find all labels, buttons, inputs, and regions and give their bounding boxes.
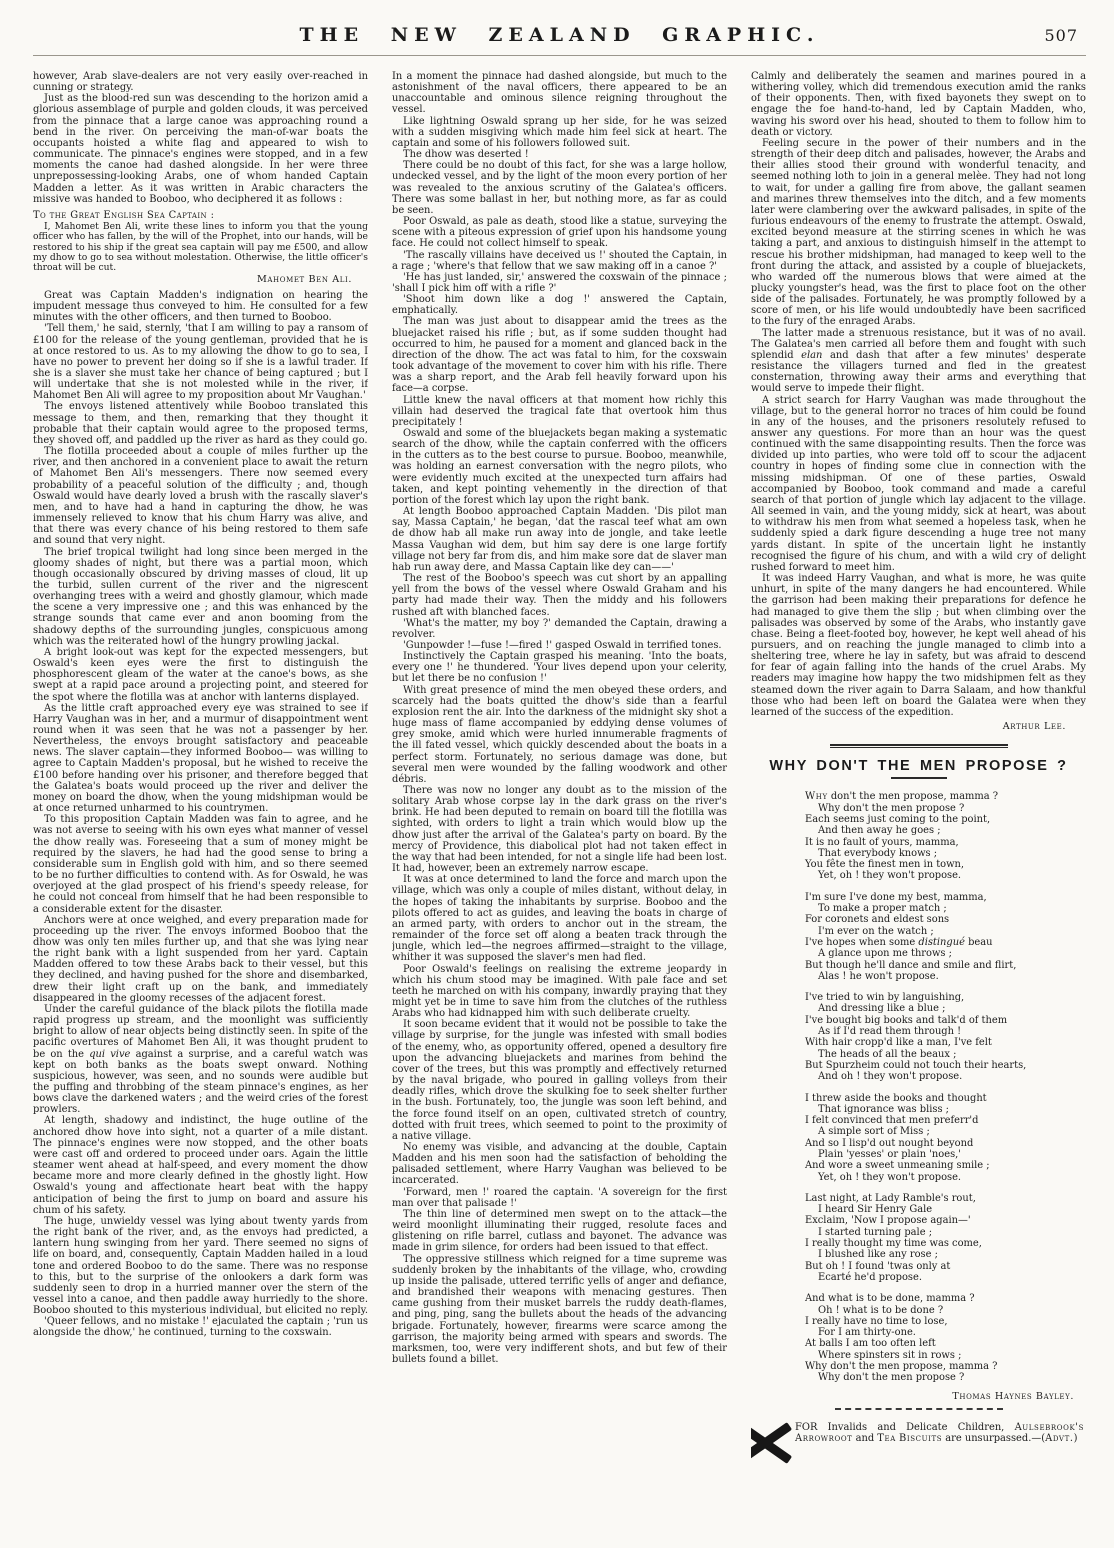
poem-line: Alas ! he won't propose. (805, 971, 1086, 982)
paragraph: I, Mahomet Ben Ali, write these lines to… (33, 222, 368, 274)
paragraph: The oppressive stillness which reigned f… (392, 1254, 727, 1366)
poem-line: As if I'd read them through ! (805, 1026, 1086, 1037)
column-1: however, Arab slave-dealers are not very… (33, 71, 368, 1531)
poem-line: I started turning pale ; (805, 1227, 1086, 1238)
poem-line: For coronets and eldest sons (805, 914, 1086, 925)
paragraph: Calmly and deliberately the seamen and m… (751, 71, 1086, 138)
poem-stanza: I'm sure I've done my best, mamma,To mak… (805, 892, 1086, 982)
poem-line: I blushed like any rose ; (805, 1249, 1086, 1260)
poem-line: That everybody knows ; (805, 848, 1086, 859)
paragraph: It was at once determined to land the fo… (392, 874, 727, 963)
poem-line: I've tried to win by languishing, (805, 992, 1086, 1003)
poem-line: That ignorance was bliss ; (805, 1104, 1086, 1115)
advert: FOR Invalids and Delicate Children, Auls… (751, 1420, 1086, 1466)
paragraph: At length Booboo approached Captain Madd… (392, 506, 727, 573)
paragraph: Instinctively the Captain grasped his me… (392, 651, 727, 684)
paragraph: Like lightning Oswald sprang up her side… (392, 116, 727, 149)
poem-stanza: Why don't the men propose, mamma ?Why do… (805, 791, 1086, 881)
paragraph: No enemy was visible, and advancing at t… (392, 1142, 727, 1187)
paragraph: A strict search for Harry Vaughan was ma… (751, 395, 1086, 574)
poem-line: At balls I am too often left (805, 1338, 1086, 1349)
poem-line: And dressing like a blue ; (805, 1003, 1086, 1014)
poem-line: But though he'll dance and smile and fli… (805, 960, 1086, 971)
paragraph: The man was just about to disappear amid… (392, 316, 727, 394)
poem-line: And wore a sweet unmeaning smile ; (805, 1160, 1086, 1171)
poem-line: I heard Sir Henry Gale (805, 1204, 1086, 1215)
cross-ornament-icon (751, 1420, 787, 1466)
poem-line: Why don't the men propose, mamma ? (805, 1361, 1086, 1372)
column-2: In a moment the pinnace had dashed along… (392, 71, 727, 1531)
publication-title: THE NEW ZEALAND GRAPHIC. (300, 24, 820, 46)
poem-line: I felt convinced that men preferr'd (805, 1115, 1086, 1126)
poem-line: I'm ever on the watch ; (805, 926, 1086, 937)
paragraph: Under the careful guidance of the black … (33, 1004, 368, 1116)
section-divider-rule (830, 744, 1008, 748)
poem-line: It is no fault of yours, mamma, (805, 837, 1086, 848)
poem-line: And so I lisp'd out nought beyond (805, 1138, 1086, 1149)
paragraph: It soon became evident that it would not… (392, 1019, 727, 1142)
paragraph: The rest of the Booboo's speech was cut … (392, 573, 727, 618)
paragraph: 'Queer fellows, and no mistake !' ejacul… (33, 1316, 368, 1338)
paragraph: Just as the blood-red sun was descending… (33, 93, 368, 205)
poem-line: I threw aside the books and thought (805, 1093, 1086, 1104)
paragraph: The brief tropical twilight had long sin… (33, 547, 368, 647)
paragraph: Oswald and some of the bluejackets began… (392, 428, 727, 506)
paragraph: With great presence of mind the men obey… (392, 685, 727, 785)
paragraph: To this proposition Captain Madden was f… (33, 814, 368, 914)
story-author-name: Arthur Lee. (1003, 721, 1066, 732)
poem-line: Why don't the men propose ? (805, 1372, 1086, 1383)
paragraph: 'Gunpowder !—fuse !—fired !' gasped Oswa… (392, 640, 727, 651)
story-continuation: Calmly and deliberately the seamen and m… (751, 71, 1086, 718)
paragraph: The thin line of determined men swept on… (392, 1209, 727, 1254)
poem-line: With hair cropp'd like a man, I've felt (805, 1037, 1086, 1048)
poem-line: I really thought my time was come, (805, 1238, 1086, 1249)
poem-line: I really have no time to lose, (805, 1316, 1086, 1327)
poem-line: Exclaim, 'Now I propose again—' (805, 1215, 1086, 1226)
letter-heading: To the Great English Sea Captain : (33, 210, 368, 221)
signature: Mahomet Ben Ali. (33, 274, 368, 285)
poem-line: But oh ! I found 'twas only at (805, 1261, 1086, 1272)
column-3: Calmly and deliberately the seamen and m… (751, 71, 1086, 1531)
text-columns: however, Arab slave-dealers are not very… (33, 71, 1086, 1531)
poem-line: I'm sure I've done my best, mamma, (805, 892, 1086, 903)
poem-author-signature: Thomas Haynes Bayley. (751, 1391, 1086, 1402)
paragraph: 'The rascally villains have deceived us … (392, 250, 727, 272)
paragraph: 'Shoot him down like a dog !' answered t… (392, 294, 727, 316)
poem-line: I've bought big books and talk'd of them (805, 1015, 1086, 1026)
poem-stanza: I've tried to win by languishing,And dre… (805, 992, 1086, 1082)
paragraph: The latter made a strenuous resistance, … (751, 328, 1086, 395)
paragraph: 'Tell them,' he said, sternly, 'that I a… (33, 323, 368, 401)
paragraph: however, Arab slave-dealers are not very… (33, 71, 368, 93)
paragraph: The dhow was deserted ! (392, 149, 727, 160)
poem-line: And then away he goes ; (805, 825, 1086, 836)
paragraph: In a moment the pinnace had dashed along… (392, 71, 727, 116)
paragraph: Feeling secure in the power of their num… (751, 138, 1086, 328)
poem-line: And oh ! they won't propose. (805, 1071, 1086, 1082)
poem-line: Plain 'yesses' or plain 'noes,' (805, 1149, 1086, 1160)
paragraph: There was now no longer any doubt as to … (392, 785, 727, 874)
story-author-signature: Arthur Lee. (751, 721, 1086, 732)
poem-line: Last night, at Lady Ramble's rout, (805, 1193, 1086, 1204)
poem-line: Oh ! what is to be done ? (805, 1305, 1086, 1316)
poem-line: The heads of all the beaux ; (805, 1049, 1086, 1060)
poem-line: Why don't the men propose, mamma ? (805, 791, 1086, 802)
paragraph: It was indeed Harry Vaughan, and what is… (751, 573, 1086, 718)
poem-title: WHY DON'T THE MEN PROPOSE ? (751, 761, 1086, 772)
poem-line: I've hopes when some distingué beau (805, 937, 1086, 948)
poem-stanza: I threw aside the books and thoughtThat … (805, 1093, 1086, 1183)
poem-line: For I am thirty-one. (805, 1327, 1086, 1338)
masthead: THE NEW ZEALAND GRAPHIC. 507 (33, 0, 1086, 56)
page-number: 507 (1044, 26, 1078, 45)
paragraph: The huge, unwieldy vessel was lying abou… (33, 1216, 368, 1316)
newspaper-page: THE NEW ZEALAND GRAPHIC. 507 however, Ar… (0, 0, 1114, 1548)
poem-line: Why don't the men propose ? (805, 803, 1086, 814)
poem-line: A simple sort of Miss ; (805, 1126, 1086, 1137)
poem-line: Ecarté he'd propose. (805, 1272, 1086, 1283)
paragraph: At length, shadowy and indistinct, the h… (33, 1115, 368, 1215)
advert-divider-rule (835, 1408, 1003, 1410)
poem-stanza: And what is to be done, mamma ?Oh ! what… (805, 1293, 1086, 1383)
paragraph: Poor Oswald, as pale as death, stood lik… (392, 216, 727, 249)
advert-text: FOR Invalids and Delicate Children, Auls… (795, 1420, 1084, 1445)
poem-line: You fête the finest men in town, (805, 859, 1086, 870)
paragraph: 'Forward, men !' roared the captain. 'A … (392, 1187, 727, 1209)
paragraph: Great was Captain Madden's indignation o… (33, 290, 368, 323)
paragraph: Anchors were at once weighed, and every … (33, 915, 368, 1004)
poem-body: Why don't the men propose, mamma ?Why do… (751, 791, 1086, 1383)
paragraph: Little knew the naval officers at that m… (392, 395, 727, 428)
poem-line: Each seems just coming to the point, (805, 814, 1086, 825)
paragraph: The envoys listened attentively while Bo… (33, 401, 368, 446)
poem-line: Where spinsters sit in rows ; (805, 1350, 1086, 1361)
poem-line: Yet, oh ! they won't propose. (805, 1172, 1086, 1183)
paragraph: Poor Oswald's feelings on realising the … (392, 964, 727, 1020)
paragraph: There could be no doubt of this fact, fo… (392, 160, 727, 216)
paragraph: As the little craft approached every eye… (33, 703, 368, 815)
paragraph: 'He has just landed, sir,' answered the … (392, 272, 727, 294)
poem-line: To make a proper match ; (805, 903, 1086, 914)
paragraph: The flotilla proceeded about a couple of… (33, 446, 368, 546)
poem-line: A glance upon me throws ; (805, 948, 1086, 959)
poem-stanza: Last night, at Lady Ramble's rout,I hear… (805, 1193, 1086, 1283)
poem-title-rule (891, 777, 947, 779)
poem-line: Yet, oh ! they won't propose. (805, 870, 1086, 881)
paragraph: A bright look-out was kept for the expec… (33, 647, 368, 703)
poem-line: But Spurzheim could not touch their hear… (805, 1060, 1086, 1071)
poem-author-name: Thomas Haynes Bayley. (952, 1391, 1074, 1402)
poem-line: And what is to be done, mamma ? (805, 1293, 1086, 1304)
paragraph: 'What's the matter, my boy ?' demanded t… (392, 618, 727, 640)
